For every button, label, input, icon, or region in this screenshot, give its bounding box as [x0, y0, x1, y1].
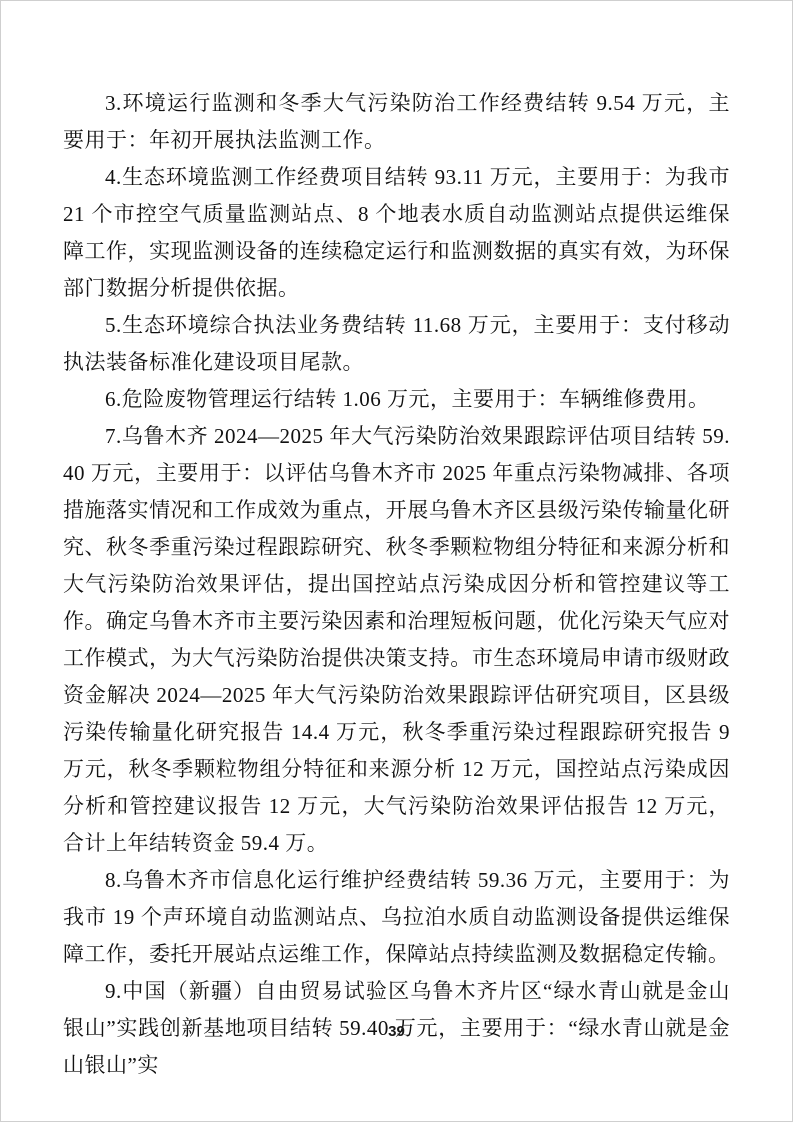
paragraph-item-8: 8.乌鲁木齐市信息化运行维护经费结转 59.36 万元，主要用于：为我市 19 … — [63, 862, 730, 973]
paragraph-item-6: 6.危险废物管理运行结转 1.06 万元，主要用于：车辆维修费用。 — [63, 381, 730, 418]
paragraph-item-4: 4.生态环境监测工作经费项目结转 93.11 万元，主要用于：为我市 21 个市… — [63, 159, 730, 307]
page-number: 39 — [388, 1023, 405, 1040]
page-footer: 39 — [1, 1023, 792, 1041]
paragraph-item-5: 5.生态环境综合执法业务费结转 11.68 万元，主要用于：支付移动执法装备标准… — [63, 307, 730, 381]
document-body: 3.环境运行监测和冬季大气污染防治工作经费结转 9.54 万元，主要用于：年初开… — [63, 85, 730, 1084]
paragraph-item-3: 3.环境运行监测和冬季大气污染防治工作经费结转 9.54 万元，主要用于：年初开… — [63, 85, 730, 159]
paragraph-item-7: 7.乌鲁木齐 2024—2025 年大气污染防治效果跟踪评估项目结转 59.40… — [63, 418, 730, 862]
document-page: 3.环境运行监测和冬季大气污染防治工作经费结转 9.54 万元，主要用于：年初开… — [0, 0, 793, 1122]
